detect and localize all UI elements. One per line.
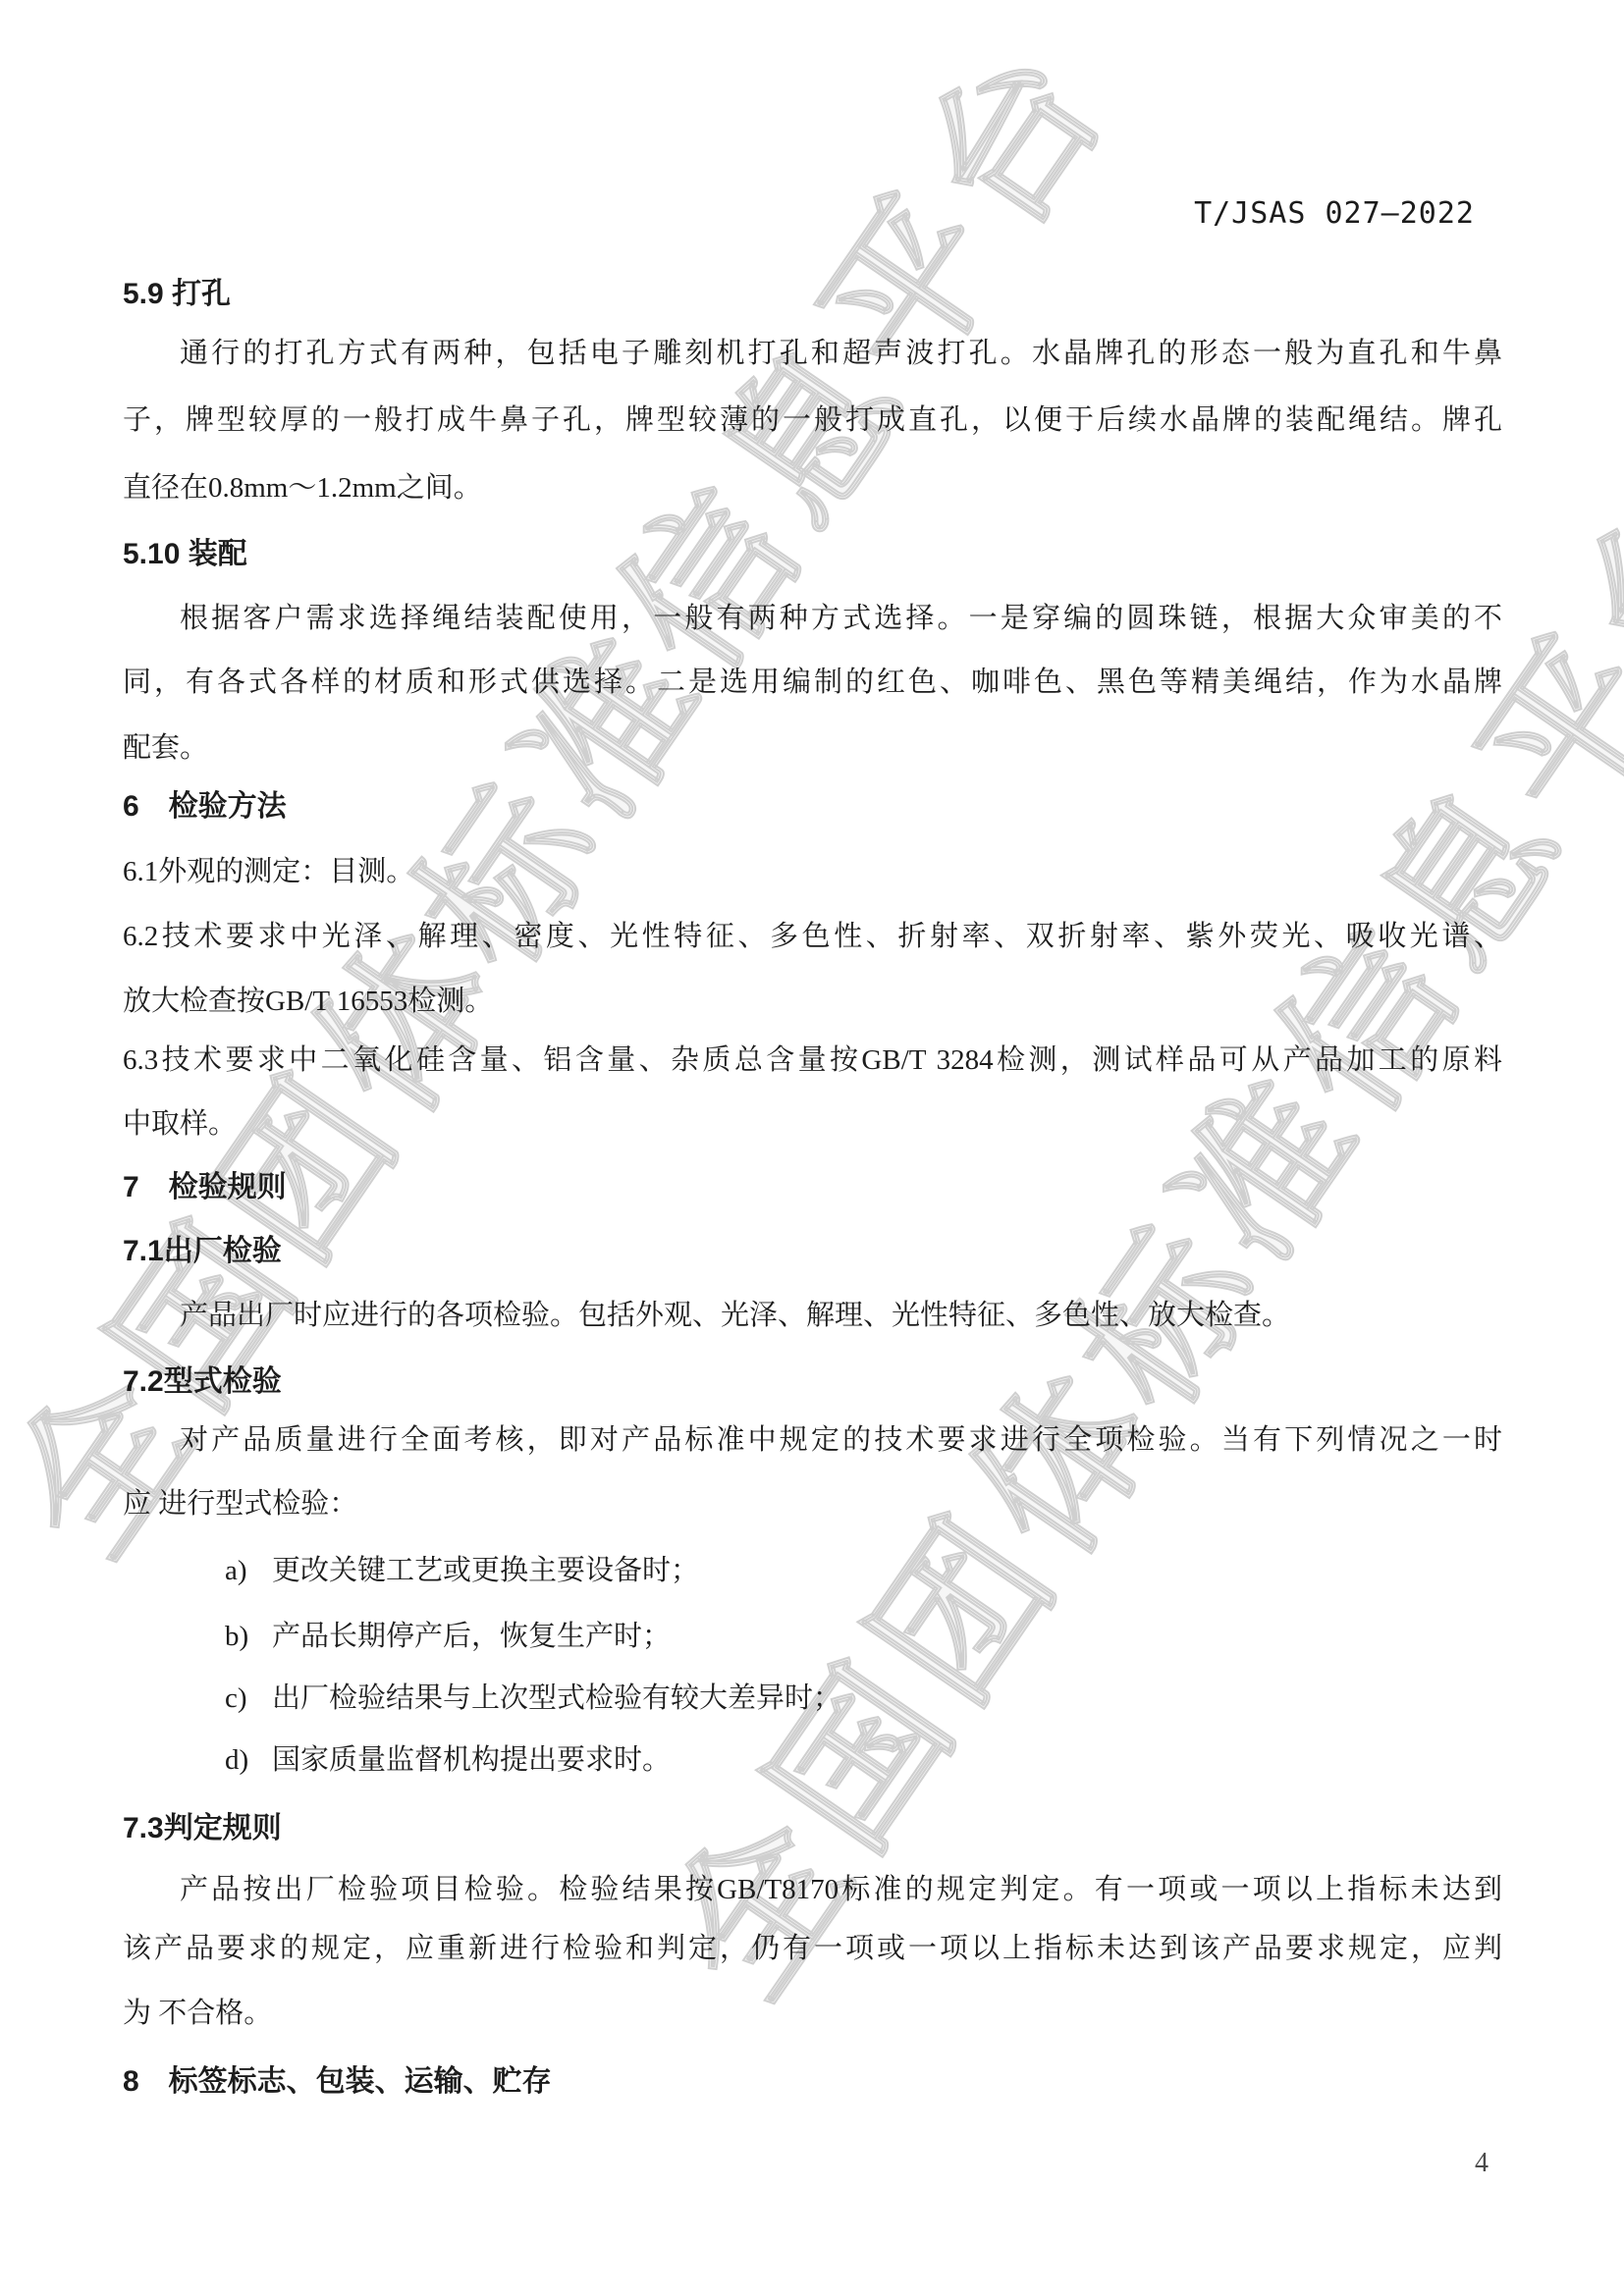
doc-line: 同，有各式各样的材质和形式供选择。二是选用编制的红色、咖啡色、黑色等精美绳结，作… — [123, 664, 1502, 701]
section-heading-7: 7 检验规则 — [123, 1169, 1502, 1206]
doc-line: 6.2技术要求中光泽、解理、密度、光性特征、多色性、折射率、双折射率、紫外荧光、… — [123, 918, 1502, 955]
doc-line: 中取样。 — [123, 1105, 1502, 1143]
section-heading-5-9: 5.9 打孔 — [123, 276, 1502, 313]
doc-line: 配套。 — [123, 729, 1502, 767]
list-item-marker: d) — [225, 1741, 272, 1779]
doc-line: 为 不合格。 — [123, 1995, 1502, 2032]
document-page: 全国团体标准信息平台 全国团体标准信息平台 T/JSAS 027—2022 5.… — [0, 0, 1624, 2296]
doc-line: 直径在0.8mm〜1.2mm之间。 — [123, 469, 1502, 507]
list-item-marker: a) — [225, 1552, 272, 1589]
section-heading-8: 8 标签标志、包装、运输、贮存 — [123, 2063, 1502, 2101]
clause-heading-7-3: 7.3判定规则 — [123, 1810, 1502, 1847]
list-item-text: 更改关键工艺或更换主要设备时； — [272, 1555, 699, 1586]
doc-line: 放大检查按GB/T 16553检测。 — [123, 983, 1502, 1020]
doc-line: 根据客户需求选择绳结装配使用，一般有两种方式选择。一是穿编的圆珠链，根据大众审美… — [123, 600, 1502, 637]
section-heading-5-10: 5.10 装配 — [123, 536, 1502, 573]
clause-heading-7-1: 7.1出厂检验 — [123, 1233, 1502, 1270]
list-item-text: 国家质量监督机构提出要求时。 — [272, 1744, 671, 1776]
list-item-b: b)产品长期停产后，恢复生产时； — [123, 1618, 1502, 1655]
clause-heading-7-2: 7.2型式检验 — [123, 1363, 1502, 1401]
section-heading-6: 6 检验方法 — [123, 788, 1502, 826]
page-number: 4 — [1475, 2148, 1489, 2179]
list-item-marker: b) — [225, 1618, 272, 1655]
doc-line: 应 进行型式检验： — [123, 1485, 1502, 1522]
doc-line: 产品出厂时应进行的各项检验。包括外观、光泽、解理、光性特征、多色性、放大检查。 — [123, 1297, 1502, 1334]
list-item-text: 出厂检验结果与上次型式检验有较大差异时； — [272, 1682, 841, 1714]
doc-line: 对产品质量进行全面考核，即对产品标准中规定的技术要求进行全项检验。当有下列情况之… — [123, 1421, 1502, 1459]
list-item-d: d)国家质量监督机构提出要求时。 — [123, 1741, 1502, 1779]
standard-number-header: T/JSAS 027—2022 — [1194, 196, 1475, 231]
list-item-a: a)更改关键工艺或更换主要设备时； — [123, 1552, 1502, 1589]
doc-line: 产品按出厂检验项目检验。检验结果按GB/T8170标准的规定判定。有一项或一项以… — [123, 1871, 1502, 1908]
list-item-text: 产品长期停产后，恢复生产时； — [272, 1621, 671, 1652]
doc-line: 该产品要求的规定，应重新进行检验和判定，仍有一项或一项以上指标未达到该产品要求规… — [123, 1930, 1502, 1967]
list-item-c: c)出厂检验结果与上次型式检验有较大差异时； — [123, 1680, 1502, 1717]
doc-line: 通行的打孔方式有两种，包括电子雕刻机打孔和超声波打孔。水晶牌孔的形态一般为直孔和… — [123, 335, 1502, 372]
doc-line: 6.3技术要求中二氧化硅含量、铝含量、杂质总含量按GB/T 3284检测，测试样… — [123, 1041, 1502, 1079]
doc-line: 6.1外观的测定：目测。 — [123, 853, 1502, 890]
doc-line: 子，牌型较厚的一般打成牛鼻子孔，牌型较薄的一般打成直孔，以便于后续水晶牌的装配绳… — [123, 401, 1502, 439]
list-item-marker: c) — [225, 1680, 272, 1717]
